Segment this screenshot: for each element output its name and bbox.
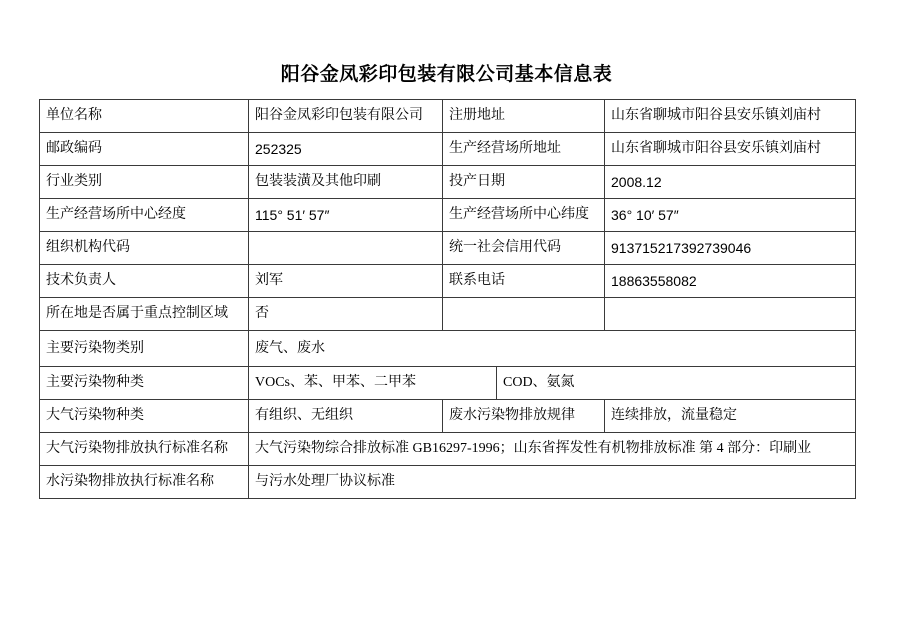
cell-org-code-value (249, 232, 443, 265)
table-row: 所在地是否属于重点控制区域 否 (40, 298, 856, 331)
table-row: 主要污染物种类 VOCs、苯、甲苯、二甲苯 COD、氨氮 (40, 367, 856, 400)
cell-company-name-value: 阳谷金凤彩印包装有限公司 (249, 100, 443, 133)
cell-air-emission-standard-value: 大气污染物综合排放标准 GB16297-1996；山东省挥发性有机物排放标准 第… (249, 433, 856, 466)
cell-contact-phone-value: 18863558082 (605, 265, 856, 298)
cell-water-emission-standard-value: 与污水处理厂协议标准 (249, 466, 856, 499)
table-row: 主要污染物类别 废气、废水 (40, 331, 856, 367)
cell-key-control-area-value: 否 (249, 298, 443, 331)
cell-commissioning-date-label: 投产日期 (443, 166, 605, 199)
cell-empty-2 (605, 298, 856, 331)
cell-key-control-area-label: 所在地是否属于重点控制区域 (40, 298, 249, 331)
cell-registered-address-label: 注册地址 (443, 100, 605, 133)
table-row: 大气污染物种类 有组织、无组织 废水污染物排放规律 连续排放，流量稳定 (40, 400, 856, 433)
cell-main-pollutant-category-label: 主要污染物类别 (40, 331, 249, 367)
table-row: 单位名称 阳谷金凤彩印包装有限公司 注册地址 山东省聊城市阳谷县安乐镇刘庙村 (40, 100, 856, 133)
table-row: 生产经营场所中心经度 115° 51′ 57″ 生产经营场所中心纬度 36° 1… (40, 199, 856, 232)
cell-center-latitude-value: 36° 10′ 57″ (605, 199, 856, 232)
cell-air-emission-standard-label: 大气污染物排放执行标准名称 (40, 433, 249, 466)
cell-company-name-label: 单位名称 (40, 100, 249, 133)
cell-main-pollutant-types-label: 主要污染物种类 (40, 367, 249, 400)
table-row: 大气污染物排放执行标准名称 大气污染物综合排放标准 GB16297-1996；山… (40, 433, 856, 466)
cell-main-pollutant-category-value: 废气、废水 (249, 331, 856, 367)
cell-air-pollutant-form-value: 有组织、无组织 (249, 400, 443, 433)
cell-air-pollutant-types-value: VOCs、苯、甲苯、二甲苯 (249, 367, 497, 400)
cell-credit-code-value: 913715217392739046 (605, 232, 856, 265)
cell-postal-code-value: 252325 (249, 133, 443, 166)
cell-credit-code-label: 统一社会信用代码 (443, 232, 605, 265)
cell-center-longitude-label: 生产经营场所中心经度 (40, 199, 249, 232)
document-title: 阳谷金凤彩印包装有限公司基本信息表 (39, 0, 854, 88)
cell-technical-director-label: 技术负责人 (40, 265, 249, 298)
cell-industry-category-label: 行业类别 (40, 166, 249, 199)
cell-air-pollutant-form-label: 大气污染物种类 (40, 400, 249, 433)
table-row: 水污染物排放执行标准名称 与污水处理厂协议标准 (40, 466, 856, 499)
table-row: 行业类别 包装装潢及其他印刷 投产日期 2008.12 (40, 166, 856, 199)
cell-empty-1 (443, 298, 605, 331)
cell-center-longitude-value: 115° 51′ 57″ (249, 199, 443, 232)
cell-commissioning-date-value: 2008.12 (605, 166, 856, 199)
basic-info-table: 单位名称 阳谷金凤彩印包装有限公司 注册地址 山东省聊城市阳谷县安乐镇刘庙村 邮… (39, 99, 856, 499)
cell-technical-director-value: 刘军 (249, 265, 443, 298)
cell-industry-category-value: 包装装潢及其他印刷 (249, 166, 443, 199)
cell-water-pollutant-types-value: COD、氨氮 (497, 367, 856, 400)
cell-center-latitude-label: 生产经营场所中心纬度 (443, 199, 605, 232)
cell-org-code-label: 组织机构代码 (40, 232, 249, 265)
cell-production-site-address-label: 生产经营场所地址 (443, 133, 605, 166)
table-row: 组织机构代码 统一社会信用代码 913715217392739046 (40, 232, 856, 265)
cell-contact-phone-label: 联系电话 (443, 265, 605, 298)
cell-registered-address-value: 山东省聊城市阳谷县安乐镇刘庙村 (605, 100, 856, 133)
table-row: 邮政编码 252325 生产经营场所地址 山东省聊城市阳谷县安乐镇刘庙村 (40, 133, 856, 166)
table-row: 技术负责人 刘军 联系电话 18863558082 (40, 265, 856, 298)
cell-postal-code-label: 邮政编码 (40, 133, 249, 166)
cell-water-emission-standard-label: 水污染物排放执行标准名称 (40, 466, 249, 499)
cell-production-site-address-value: 山东省聊城市阳谷县安乐镇刘庙村 (605, 133, 856, 166)
cell-wastewater-discharge-pattern-label: 废水污染物排放规律 (443, 400, 605, 433)
cell-wastewater-discharge-pattern-value: 连续排放，流量稳定 (605, 400, 856, 433)
document-page: 阳谷金凤彩印包装有限公司基本信息表 单位名称 阳谷金凤彩印包装有限公司 注册地址… (0, 0, 900, 636)
